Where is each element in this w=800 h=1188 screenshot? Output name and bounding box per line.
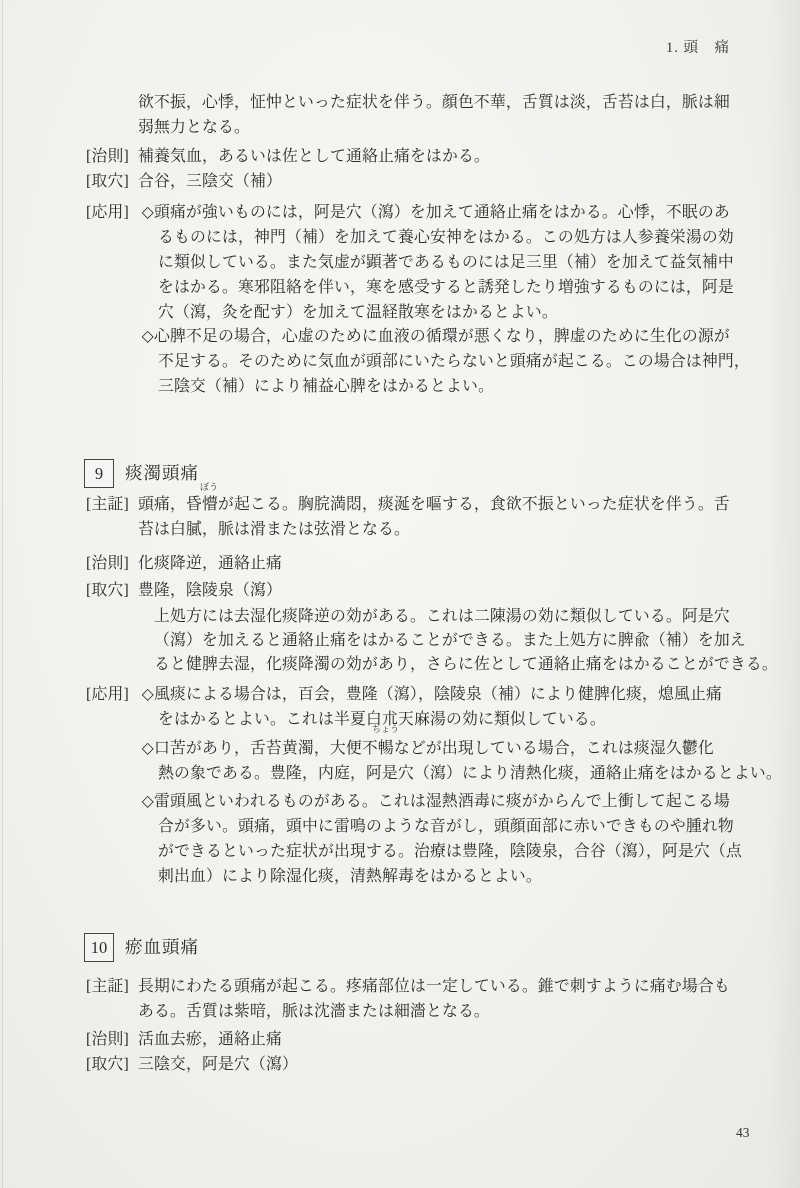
field-value-shusho: ある。舌質は紫暗，脈は沈濇または細濇となる。 [138, 999, 490, 1024]
diamond-item-line: 三陰交（補）により補益心脾をはかるとよい。 [158, 374, 494, 399]
field-value-shusho: 頭痛，昏懵が起こる。胸脘満悶，痰涎を嘔する，食欲不振といった症状を伴う。舌 [138, 492, 730, 517]
diamond-item-line: るものには，神門（補）を加えて養心安神をはかる。この処方は人参養栄湯の効 [158, 225, 734, 250]
field-label-shusho: [主証] [86, 974, 129, 999]
section-title: 痰濁頭痛 [125, 460, 199, 485]
field-value-chisoku: 化痰降逆，通絡止痛 [138, 551, 282, 576]
paragraph-line: 弱無力となる。 [138, 115, 250, 140]
diamond-item-line: ◇心脾不足の場合，心虚のために血液の循環が悪くなり，脾虚のために生化の源が [158, 324, 730, 349]
field-label-chisoku: [治則] [86, 1027, 129, 1052]
section-title: 瘀血頭痛 [125, 934, 199, 959]
field-value-shuketsu: 合谷，三陰交（補） [138, 169, 282, 194]
section-number-box: 10 [84, 933, 114, 962]
diamond-item-line: 熱の象である。豊隆，内庭，阿是穴（瀉）により清熱化痰，通絡止痛をはかるとよい。 [158, 761, 782, 786]
paragraph-line: 欲不振，心悸，怔忡といった症状を伴う。顔色不華，舌質は淡，舌苔は白，脈は細 [138, 90, 730, 115]
field-label-shuketsu: [取穴] [86, 169, 129, 194]
diamond-item-line: ◇口苦があり，舌苔黄濁，大便不暢などが出現している場合，これは痰湿久鬱化 [158, 736, 714, 761]
field-value-shuketsu: 三陰交，阿是穴（瀉） [138, 1052, 298, 1077]
diamond-item-line: 刺出血）により除湿化痰，清熱解毒をはかるとよい。 [158, 864, 542, 889]
field-value-chisoku: 補養気血，あるいは佐として通絡止痛をはかる。 [138, 144, 490, 169]
field-label-chisoku: [治則] [86, 144, 129, 169]
diamond-item-line: 合が多い。頭痛，頭中に雷鳴のような音がし，頭顔面部に赤いできものや腫れ物 [158, 814, 734, 839]
note-line: （瀉）を加えると通絡止痛をはかることができる。また上処方に脾兪（補）を加え [154, 628, 746, 653]
diamond-item-line: ができるといった症状が出現する。治療は豊隆，陰陵泉，合谷（瀉），阿是穴（点 [158, 839, 742, 864]
diamond-item-line: ◇頭痛が強いものには，阿是穴（瀉）を加えて通絡止痛をはかる。心悸，不眠のあ [158, 200, 730, 225]
field-value-shuketsu: 豊隆，陰陵泉（瀉） [138, 578, 282, 603]
diamond-item-line: ◇雷頭風といわれるものがある。これは湿熱酒毒に痰がからんで上衝して起こる場 [158, 789, 730, 814]
section-number-box: 9 [84, 459, 114, 488]
note-line: ると健脾去湿，化痰降濁の効があり，さらに佐として通絡止痛をはかることができる。 [154, 652, 778, 677]
document-page: 1. 頭 痛 欲不振，心悸，怔忡といった症状を伴う。顔色不華，舌質は淡，舌苔は白… [0, 0, 800, 1188]
field-label-chisoku: [治則] [86, 551, 129, 576]
diamond-item-line: 穴（瀉，灸を配す）を加えて温経散寒をはかるとよい。 [158, 300, 558, 325]
field-label-shusho: [主証] [86, 492, 129, 517]
furigana: ぼう [200, 482, 218, 492]
field-label-shuketsu: [取穴] [86, 578, 129, 603]
field-value-shusho: 長期にわたる頭痛が起こる。疼痛部位は一定している。錐で刺すように痛む場合も [138, 974, 730, 999]
field-label-oyo: [応用] [86, 682, 129, 707]
diamond-item-line: ◇風痰による場合は，百会，豊隆（瀉），陰陵泉（補）により健脾化痰，熄風止痛 [158, 682, 722, 707]
diamond-item-line: に類似している。また気虚が顕著であるものには足三里（補）を加えて益気補中 [158, 250, 734, 275]
field-label-shuketsu: [取穴] [86, 1052, 129, 1077]
diamond-item-line: 不足する。そのために気血が頭部にいたらないと頭痛が起こる。この場合は神門， [158, 349, 750, 374]
diamond-item-line: をはかる。寒邪阻絡を伴い，寒を感受すると誘発したり増強するものには，阿是 [158, 275, 734, 300]
field-value-chisoku: 活血去瘀，通絡止痛 [138, 1027, 282, 1052]
note-line: 上処方には去湿化痰降逆の効がある。これは二陳湯の効に類似している。阿是穴 [154, 604, 730, 629]
page-number: 43 [736, 1125, 750, 1141]
furigana: ちょう [372, 724, 399, 734]
field-value-shusho: 苔は白膩，脈は滑または弦滑となる。 [138, 517, 410, 542]
field-label-oyo: [応用] [86, 200, 129, 225]
running-header: 1. 頭 痛 [666, 36, 730, 57]
